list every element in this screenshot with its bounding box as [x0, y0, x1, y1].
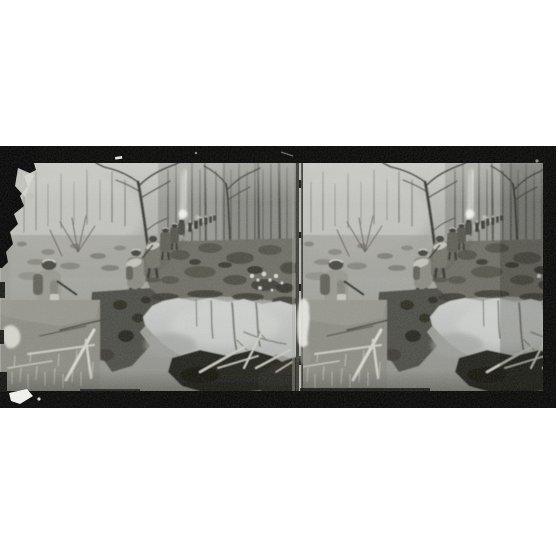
stereo-photograph-plate: Monochrome stereograph: two side-by-side…	[0, 0, 558, 558]
photo-canvas: Black-and-white stereoscopic photograph …	[0, 0, 558, 558]
film-grain-overlay	[0, 146, 556, 408]
